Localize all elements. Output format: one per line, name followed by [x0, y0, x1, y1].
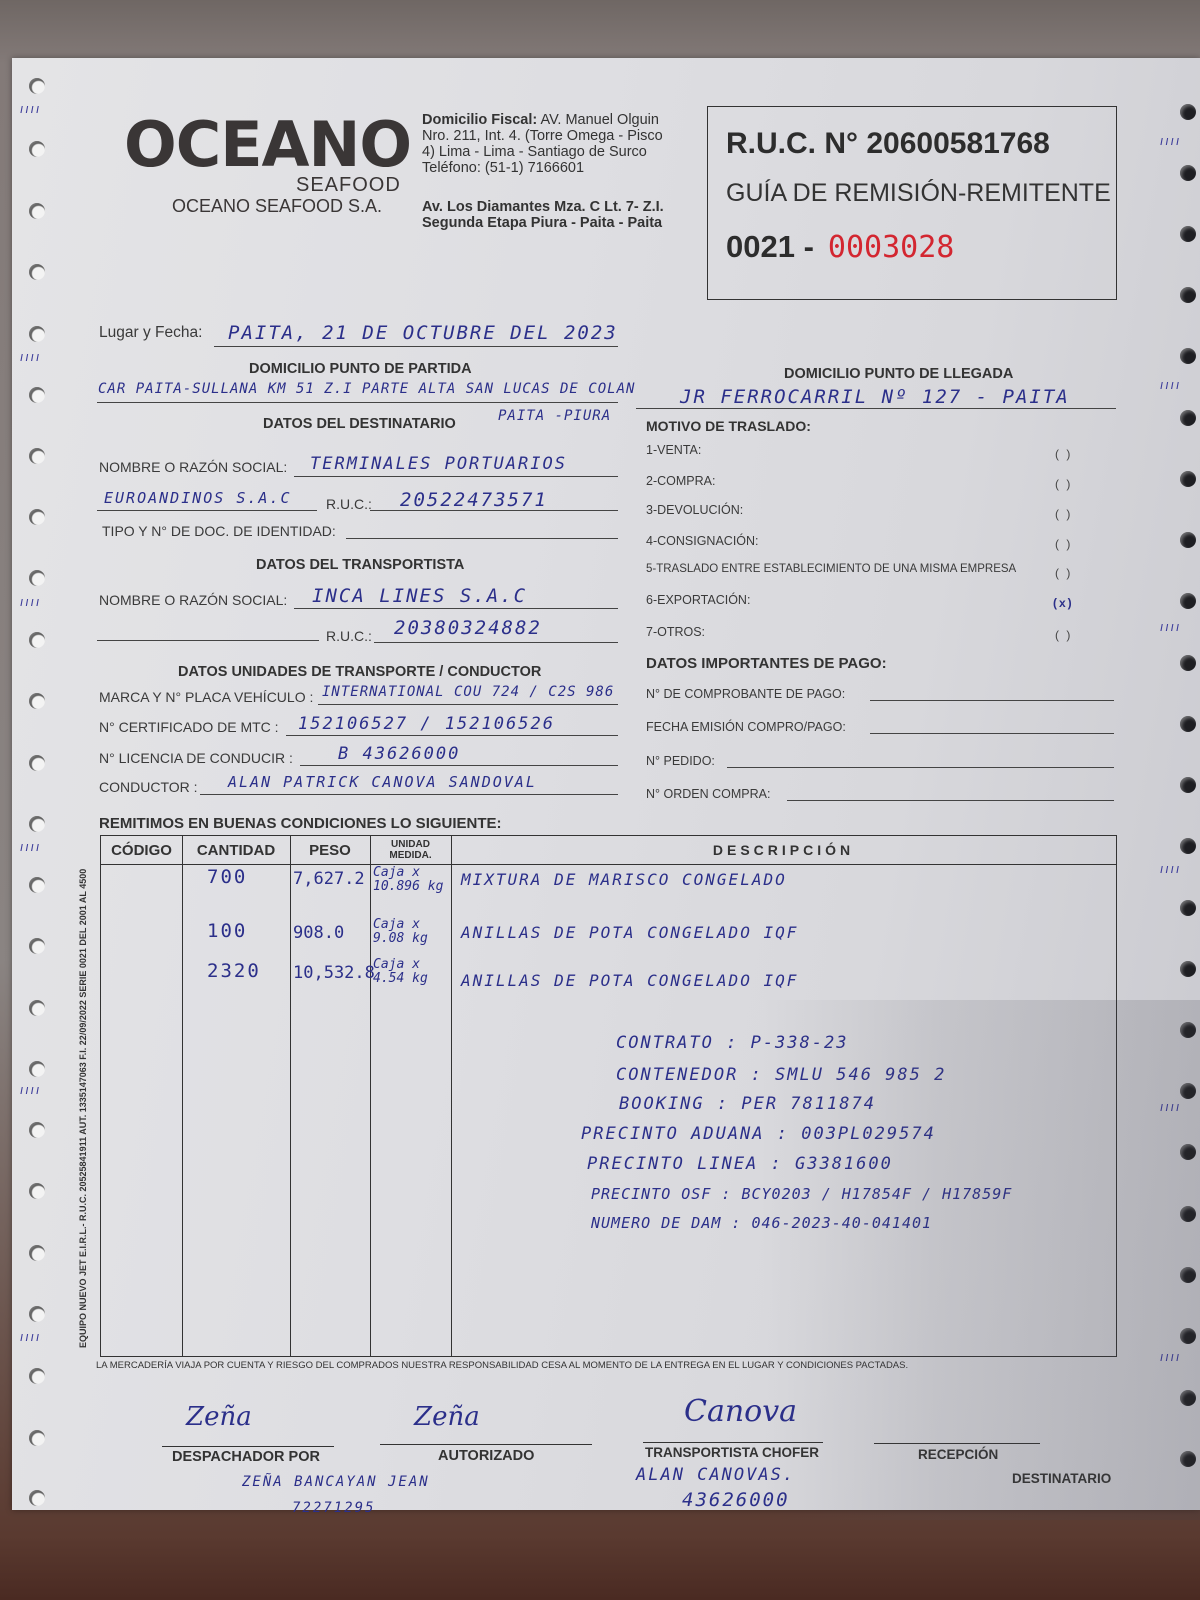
reception-label: RECEPCIÓN [918, 1447, 998, 1462]
column-header-unit: UNIDAD MEDIDA. [370, 836, 451, 865]
reason-checkbox[interactable]: ( ) [1055, 537, 1072, 551]
payment-field-label: FECHA EMISIÓN COMPRO/PAGO: [646, 720, 846, 734]
item-weight[interactable]: 908.0 [293, 923, 344, 943]
document-id-box: R.U.C. N° 20600581768 GUÍA DE REMISIÓN-R… [707, 106, 1117, 300]
printer-side-print: EQUIPO NUEVO JET E.I.R.L.- R.U.C. 205258… [78, 869, 88, 1348]
item-description[interactable]: MIXTURA DE MARISCO CONGELADO [461, 870, 787, 889]
column-header-description: DESCRIPCIÓN [451, 836, 1116, 865]
origin-address[interactable]: CAR PAITA-SULLANA KM 51 Z.I PARTE ALTA S… [98, 381, 635, 397]
company-logo-subtitle: SEAFOOD [296, 174, 401, 197]
reason-option-label: 6-EXPORTACIÓN: [646, 593, 750, 607]
reason-checkbox[interactable]: ( ) [1055, 447, 1072, 461]
place-date-value[interactable]: PAITA, 21 DE OCTUBRE DEL 2023 [228, 322, 618, 344]
vehicle-heading: DATOS UNIDADES DE TRANSPORTE / CONDUCTOR [178, 664, 541, 680]
driver-name[interactable]: ALAN PATRICK CANOVA SANDOVAL [228, 773, 537, 791]
fiscal-address-line: Nro. 211, Int. 4. (Torre Omega - Pisco [422, 128, 712, 144]
reason-option-label: 7-OTROS: [646, 625, 705, 639]
company-name: OCEANO SEAFOOD S.A. [172, 196, 382, 217]
company-logo: OCEANO [124, 108, 411, 181]
destination-heading: DOMICILIO PUNTO DE LLEGADA [784, 366, 1013, 382]
recipient-ruc-label: R.U.C.: [326, 496, 372, 512]
payment-field-input[interactable] [870, 700, 1114, 701]
item-quantity[interactable]: 100 [207, 920, 247, 942]
reason-checkbox[interactable]: ( ) [1055, 507, 1072, 521]
series-number: 0021 - [726, 229, 814, 264]
vehicle-plate-label: MARCA Y N° PLACA VEHÍCULO : [99, 689, 313, 705]
fiscal-address-line: AV. Manuel Olguin [540, 112, 659, 128]
column-header-code: CÓDIGO [101, 836, 182, 865]
item-quantity[interactable]: 2320 [207, 960, 261, 982]
company-phone: Teléfono: (51-1) 7166601 [422, 160, 712, 176]
carrier-ruc-label: R.U.C.: [326, 628, 372, 644]
recipient-signature-label: DESTINATARIO [1012, 1471, 1111, 1486]
reason-option-label: 5-TRASLADO ENTRE ESTABLECIMIENTO DE UNA … [646, 563, 1016, 575]
recipient-name-cont[interactable]: EUROANDINOS S.A.C [104, 489, 292, 507]
branch-address-line: Segunda Etapa Piura - Paita - Paita [422, 215, 712, 231]
liability-note: LA MERCADERÍA VIAJA POR CUENTA Y RIESGO … [96, 1360, 908, 1371]
authorized-signature: Zeña [414, 1402, 480, 1432]
document-series: 0021 -0003028 [726, 229, 954, 265]
payment-field-label: N° PEDIDO: [646, 754, 715, 768]
reason-checkbox[interactable]: ( ) [1055, 628, 1072, 642]
item-quantity[interactable]: 700 [207, 866, 247, 888]
items-table: CÓDIGO CANTIDAD PESO UNIDAD MEDIDA. DESC… [100, 835, 1117, 1357]
item-unit[interactable]: Caja x 4.54 kg [373, 958, 451, 986]
note-booking[interactable]: BOOKING : PER 7811874 [619, 1094, 876, 1114]
dispatcher-id: 72271295 [292, 1500, 375, 1516]
carrier-ruc[interactable]: 20380324882 [394, 617, 542, 639]
note-osf-seal[interactable]: PRECINTO OSF : BCY0203 / H17854F / H1785… [591, 1185, 1012, 1203]
mtc-label: N° CERTIFICADO DE MTC : [99, 719, 279, 735]
document-number: 0003028 [828, 230, 954, 265]
origin-heading: DOMICILIO PUNTO DE PARTIDA [249, 361, 472, 377]
payment-field-input[interactable] [870, 733, 1114, 734]
column-header-weight: PESO [290, 836, 370, 865]
branch-address: Av. Los Diamantes Mza. C Lt. 7- Z.I. Seg… [422, 199, 712, 231]
driver-signature-label: TRANSPORTISTA CHOFER [645, 1445, 819, 1460]
column-header-quantity: CANTIDAD [182, 836, 290, 865]
item-description[interactable]: ANILLAS DE POTA CONGELADO IQF [461, 971, 798, 990]
carrier-heading: DATOS DEL TRANSPORTISTA [256, 557, 464, 573]
driver-signer-name: ALAN CANOVAS. [636, 1465, 795, 1485]
note-dam-number[interactable]: NUMERO DE DAM : 046-2023-40-041401 [591, 1214, 932, 1232]
reason-option-label: 3-DEVOLUCIÓN: [646, 503, 743, 517]
reason-checkbox[interactable]: ( ) [1055, 477, 1072, 491]
reason-option-label: 1-VENTA: [646, 443, 701, 457]
items-heading: REMITIMOS EN BUENAS CONDICIONES LO SIGUI… [99, 815, 502, 832]
item-description[interactable]: ANILLAS DE POTA CONGELADO IQF [461, 923, 798, 942]
recipient-ruc[interactable]: 20522473571 [400, 489, 548, 511]
driver-signature: Canova [684, 1394, 797, 1429]
payment-field-label: N° ORDEN COMPRA: [646, 787, 770, 801]
note-customs-seal[interactable]: PRECINTO ADUANA : 003PL029574 [581, 1124, 936, 1144]
fiscal-address-line: 4) Lima - Lima - Santiago de Surco [422, 144, 712, 160]
reason-option-label: 4-CONSIGNACIÓN: [646, 534, 759, 548]
payment-field-input[interactable] [787, 800, 1114, 801]
fiscal-address-label: Domicilio Fiscal: [422, 112, 537, 128]
document-title: GUÍA DE REMISIÓN-REMITENTE [726, 179, 1111, 208]
driver-label: CONDUCTOR : [99, 779, 198, 795]
dispatcher-name: ZEÑA BANCAYAN JEAN [242, 1474, 430, 1490]
dispatcher-signature: Zeña [186, 1402, 252, 1432]
company-ruc: R.U.C. N° 20600581768 [726, 127, 1050, 161]
vehicle-plate[interactable]: INTERNATIONAL COU 724 / C2S 986 [322, 684, 614, 700]
note-contract[interactable]: CONTRATO : P-338-23 [616, 1033, 848, 1053]
note-line-seal[interactable]: PRECINTO LINEA : G3381600 [587, 1154, 893, 1174]
carrier-name-label: NOMBRE O RAZÓN SOCIAL: [99, 592, 287, 608]
item-unit[interactable]: Caja x 9.08 kg [373, 918, 451, 946]
payment-field-label: N° DE COMPROBANTE DE PAGO: [646, 687, 845, 701]
item-weight[interactable]: 7,627.2 [293, 869, 365, 889]
driver-signer-id: 43626000 [682, 1489, 790, 1511]
branch-address-line: Av. Los Diamantes Mza. C Lt. 7- Z.I. [422, 199, 712, 215]
license-label: N° LICENCIA DE CONDUCIR : [99, 750, 293, 766]
payment-heading: DATOS IMPORTANTES DE PAGO: [646, 655, 887, 672]
recipient-id-label: TIPO Y N° DE DOC. DE IDENTIDAD: [102, 523, 336, 539]
origin-address-city[interactable]: PAITA -PIURA [498, 408, 611, 424]
note-container[interactable]: CONTENEDOR : SMLU 546 985 2 [616, 1065, 946, 1085]
reason-checkbox-checked[interactable]: (x) [1053, 596, 1074, 610]
reason-checkbox[interactable]: ( ) [1055, 566, 1072, 580]
place-date-label: Lugar y Fecha: [99, 324, 202, 342]
driver-license[interactable]: B 43626000 [338, 744, 460, 764]
destination-address[interactable]: JR FERROCARRIL Nº 127 - PAITA [680, 386, 1070, 408]
item-weight[interactable]: 10,532.8 [293, 963, 375, 983]
authorized-label: AUTORIZADO [438, 1448, 534, 1464]
reason-option-label: 2-COMPRA: [646, 474, 715, 488]
recipient-heading: DATOS DEL DESTINATARIO [263, 416, 456, 432]
carrier-name[interactable]: INCA LINES S.A.C [312, 585, 527, 607]
transfer-reason-heading: MOTIVO DE TRASLADO: [646, 418, 811, 434]
dispatcher-label: DESPACHADOR POR [172, 1449, 320, 1465]
mtc-certificate[interactable]: 152106527 / 152106526 [298, 714, 555, 734]
payment-field-input[interactable] [727, 767, 1114, 768]
recipient-name[interactable]: TERMINALES PORTUARIOS [310, 454, 567, 474]
fiscal-address: Domicilio Fiscal: AV. Manuel Olguin Nro.… [422, 112, 712, 176]
recipient-name-label: NOMBRE O RAZÓN SOCIAL: [99, 459, 287, 475]
item-unit[interactable]: Caja x 10.896 kg [373, 866, 451, 894]
